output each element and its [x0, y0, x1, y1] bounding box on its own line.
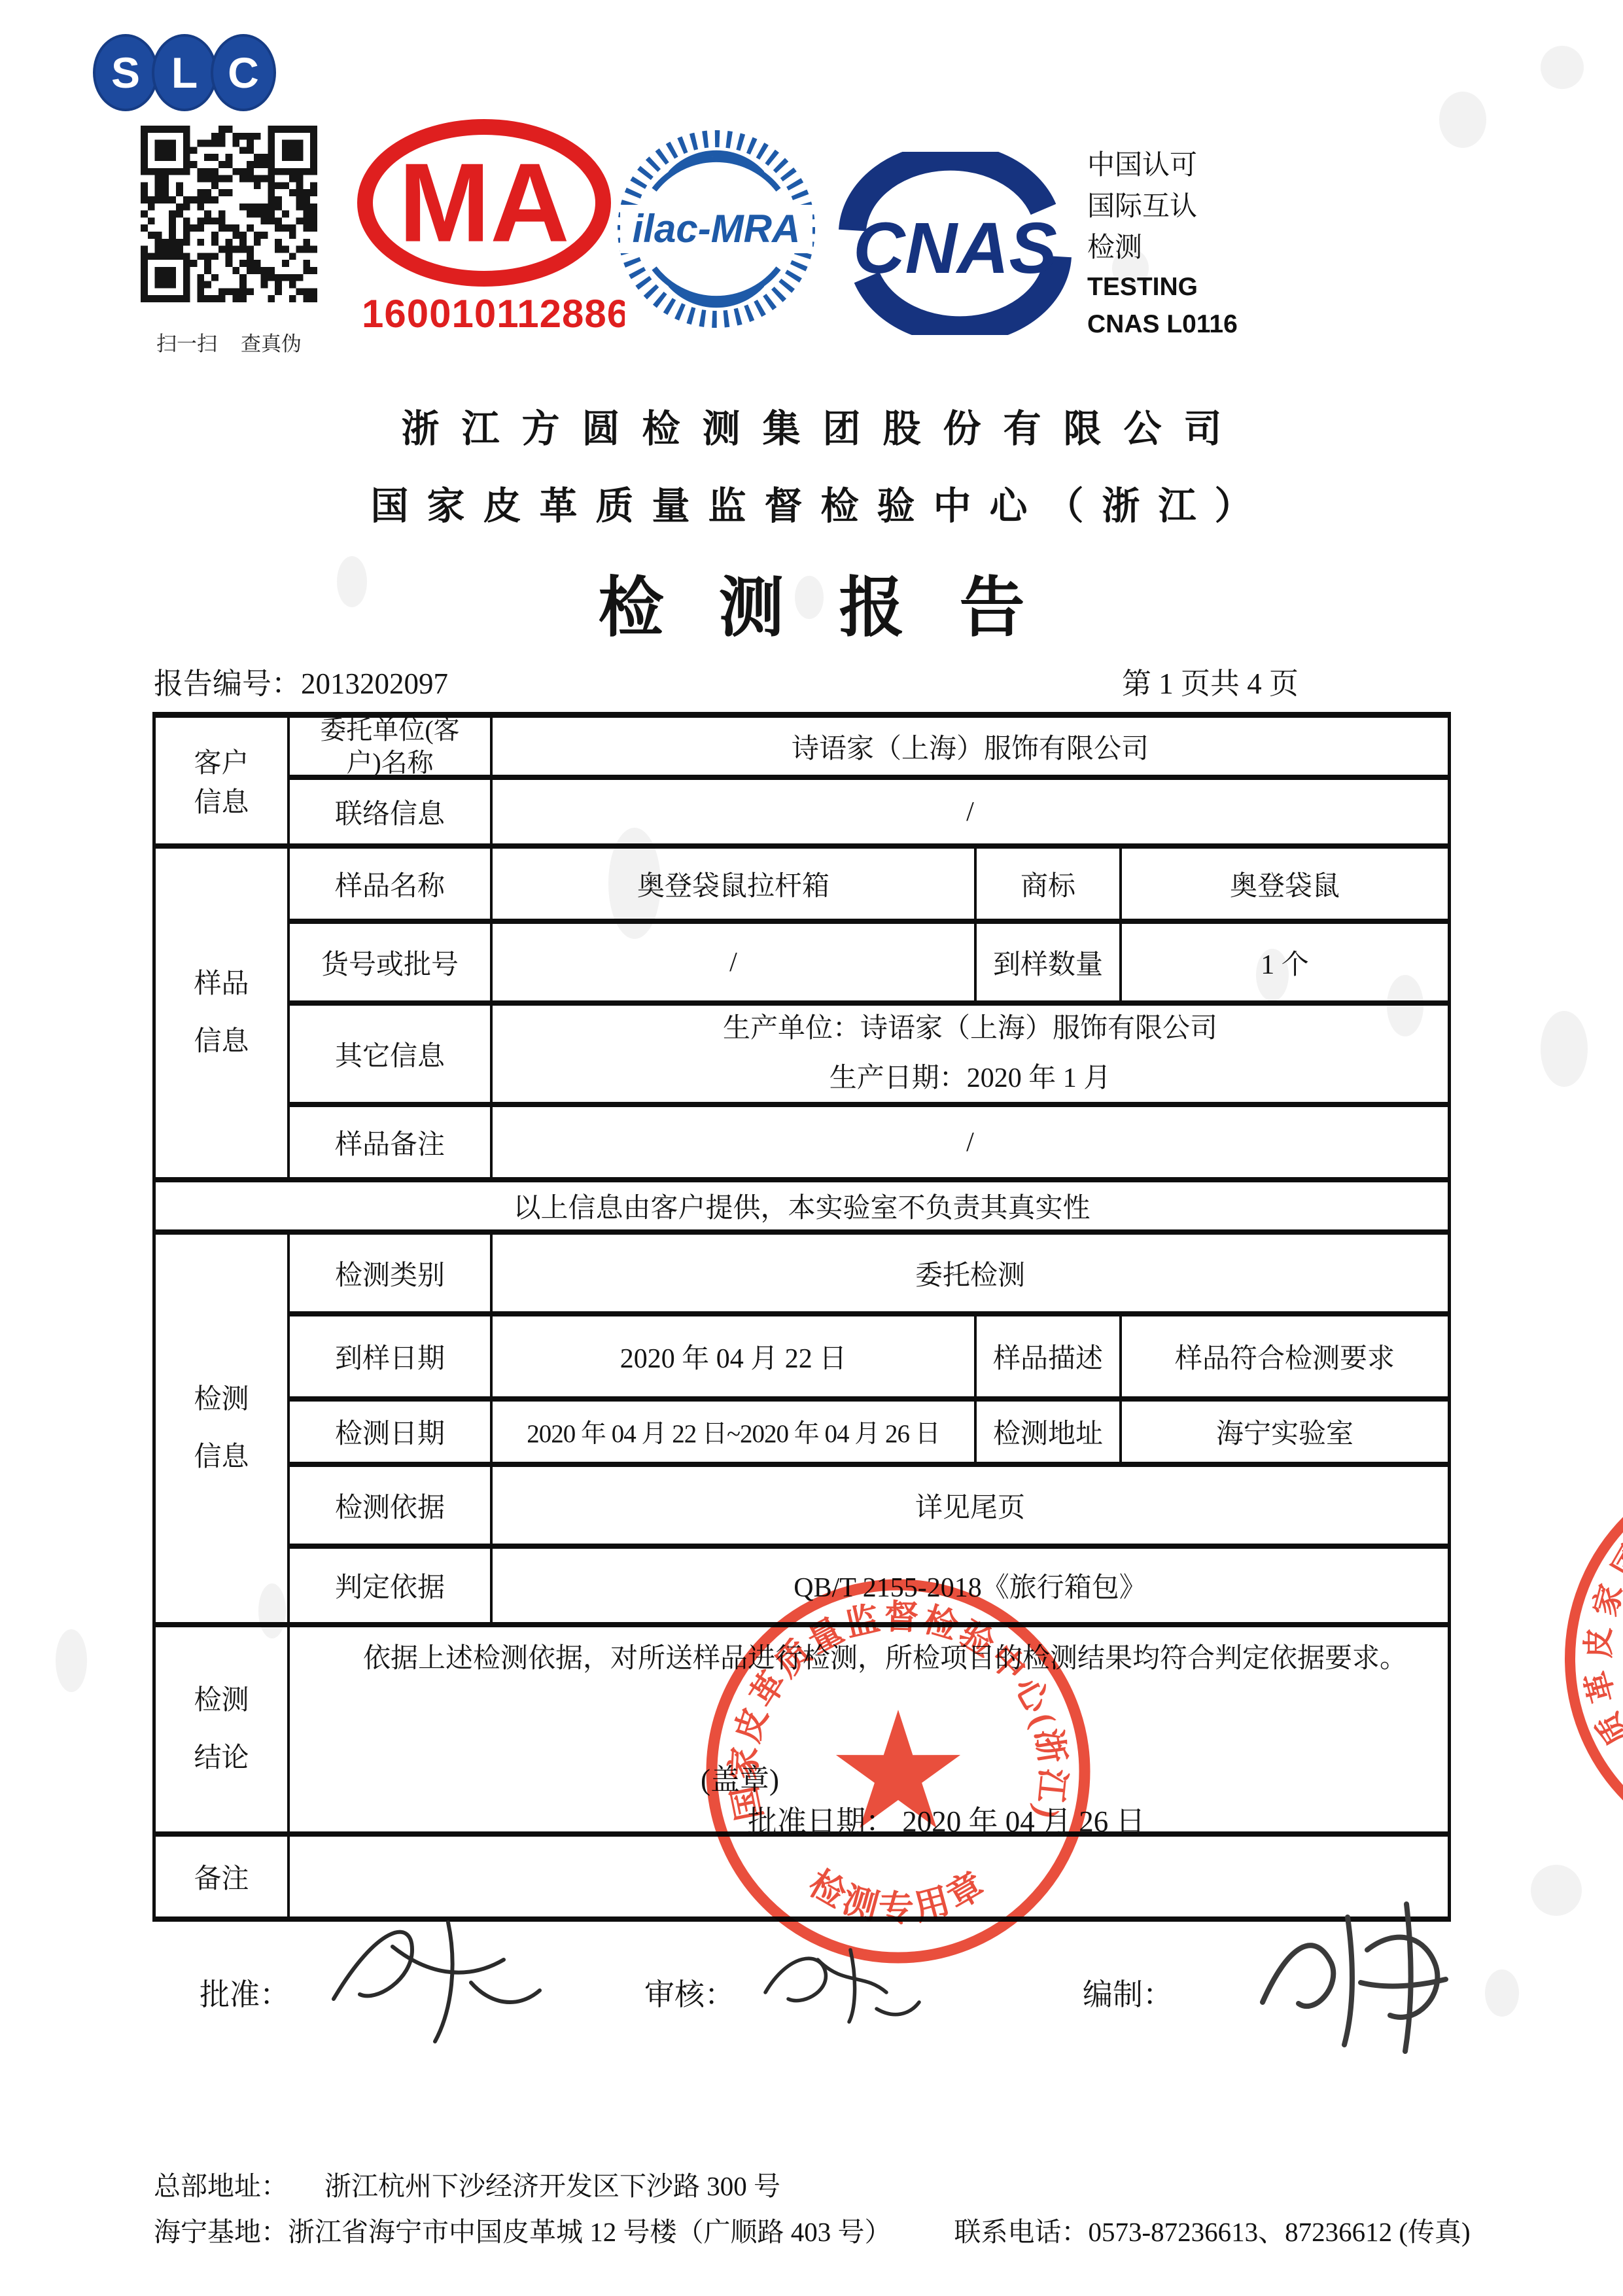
- test-type-value: 委托检测: [493, 1235, 1451, 1316]
- cma-text: MA: [398, 139, 569, 265]
- report-title: 检测报告: [0, 555, 1623, 649]
- cma-mark: MA 160010112886: [350, 118, 625, 347]
- accreditation-line-cnas-no: CNAS L0116: [1087, 306, 1238, 344]
- company-title: 浙江方圆检测集团股份有限公司: [0, 398, 1623, 453]
- scan-artifact: [1541, 46, 1584, 89]
- customer-disclaimer: 以上信息由客户提供，本实验室不负责其真实性: [156, 1182, 1451, 1235]
- contact-value: /: [493, 780, 1451, 849]
- contact-label: 联络信息: [290, 780, 493, 849]
- section-conclusion: 检测 结论: [156, 1627, 290, 1837]
- qr-caption: 扫一扫 查真伪: [128, 327, 330, 357]
- batch-value: /: [493, 924, 977, 1006]
- brand-label: 商标: [977, 849, 1122, 924]
- tel-label: 联系电话：: [954, 2217, 1089, 2247]
- page-indicator: 第 1 页共 4 页: [1122, 660, 1299, 702]
- report-number: 报告编号：2013202097: [154, 660, 448, 702]
- scan-artifact: [1485, 1969, 1519, 2017]
- edge-seal-char: 家: [1588, 1581, 1623, 1620]
- judge-basis-label: 判定依据: [290, 1549, 493, 1627]
- sample-name-label: 样品名称: [290, 849, 493, 924]
- hq-address-label: 总部地址：: [154, 2171, 288, 2201]
- accreditation-line: 检测: [1087, 228, 1238, 269]
- hq-address-line: 总部地址：浙江杭州下沙经济开发区下沙路 300 号: [154, 2164, 780, 2203]
- test-date-label: 检测日期: [290, 1402, 493, 1467]
- quantity-value: 1 个: [1122, 924, 1451, 1006]
- client-name-value: 诗语家（上海）服饰有限公司: [493, 718, 1451, 780]
- scan-artifact: [56, 1629, 87, 1692]
- prepare-label: 编制：: [1083, 1971, 1173, 2014]
- test-date-value: 2020 年 04 月 22 日~2020 年 04 月 26 日: [493, 1402, 977, 1467]
- slc-oval-s: S: [93, 34, 158, 111]
- hq-address-value: 浙江杭州下沙经济开发区下沙路 300 号: [324, 2171, 780, 2201]
- scan-artifact: [1439, 92, 1486, 148]
- test-type-label: 检测类别: [290, 1235, 493, 1316]
- seal-star-icon: [836, 1710, 960, 1828]
- ilac-mra-mark: ilac-MRA: [615, 128, 818, 330]
- other-info-label: 其它信息: [290, 1006, 493, 1107]
- test-address-label: 检测地址: [977, 1402, 1122, 1467]
- client-name-label: 委托单位(客 户)名称: [290, 718, 493, 780]
- base-address-label: 海宁基地：: [154, 2217, 288, 2247]
- approve-label: 批准：: [200, 1971, 290, 2014]
- accreditation-line: 中国认可: [1087, 145, 1238, 186]
- accreditation-block: 中国认可 国际互认 检测 TESTING CNAS L0116: [1087, 145, 1238, 343]
- section-sample-info: 样品 信息: [156, 849, 290, 1182]
- base-address-line: 海宁基地：浙江省海宁市中国皮革城 12 号楼（广顺路 403 号）联系电话：05…: [154, 2210, 1471, 2249]
- test-basis-label: 检测依据: [290, 1467, 493, 1549]
- approver-signature: [314, 1911, 563, 2055]
- center-title: 国家皮革质量监督检验中心（浙江）: [0, 475, 1623, 530]
- cnas-mark: CNAS: [828, 152, 1083, 335]
- base-address-value: 浙江省海宁市中国皮革城 12 号楼（广顺路 403 号）: [288, 2217, 892, 2247]
- tel-value: 0573-87236613、87236612 (传真): [1089, 2217, 1471, 2247]
- other-info-value: 生产单位：诗语家（上海）服饰有限公司 生产日期：2020 年 1 月: [493, 1006, 1451, 1107]
- section-remark: 备注: [156, 1837, 290, 1922]
- qr-caption-verify: 查真伪: [241, 327, 302, 357]
- accreditation-line-testing: TESTING: [1087, 269, 1238, 306]
- quantity-label: 到样数量: [977, 924, 1122, 1006]
- edge-seal-char: 质: [1591, 1706, 1623, 1751]
- brand-value: 奥登袋鼠: [1122, 849, 1451, 924]
- test-basis-value: 详见尾页: [493, 1467, 1451, 1549]
- cma-number: 160010112886: [362, 292, 625, 336]
- scan-artifact: [1541, 1011, 1588, 1087]
- batch-label: 货号或批号: [290, 924, 493, 1006]
- qr-code: [141, 126, 317, 302]
- report-number-value: 2013202097: [301, 667, 448, 700]
- arrival-date-label: 到样日期: [290, 1316, 493, 1402]
- scan-artifact: [1531, 1865, 1582, 1916]
- sample-note-value: /: [493, 1107, 1451, 1182]
- sample-desc-value: 样品符合检测要求: [1122, 1316, 1451, 1402]
- report-number-label: 报告编号：: [154, 667, 301, 700]
- preparer-signature: [1236, 1891, 1459, 2068]
- sample-note-label: 样品备注: [290, 1107, 493, 1182]
- edge-seal-char: 革: [1580, 1667, 1622, 1706]
- test-report-page: S L C 扫一扫 查真伪 MA 160010112886 ilac-MRA C…: [0, 0, 1623, 2296]
- slc-logo: S L C: [93, 34, 270, 111]
- arrival-date-value: 2020 年 04 月 22 日: [493, 1316, 977, 1402]
- accreditation-line: 国际互认: [1087, 186, 1238, 228]
- reviewer-signature: [752, 1930, 935, 2035]
- qr-caption-scan: 扫一扫: [156, 327, 217, 357]
- official-seal: 国家皮革质量监督检验中心(浙江) 检测专用章: [699, 1567, 1099, 1976]
- sample-name-value: 奥登袋鼠拉杆箱: [493, 849, 977, 924]
- test-address-value: 海宁实验室: [1122, 1402, 1451, 1467]
- seal-bottom-text: 检测专用章: [802, 1863, 994, 1928]
- section-customer-info: 客户 信息: [156, 718, 290, 849]
- review-label: 审核：: [644, 1971, 735, 2014]
- section-test-info: 检测 信息: [156, 1235, 290, 1627]
- edge-seal-fragment: 国 家 皮 革 质: [1524, 1469, 1623, 1862]
- sample-desc-label: 样品描述: [977, 1316, 1122, 1402]
- slc-oval-c: C: [211, 34, 276, 111]
- ilac-mra-text: ilac-MRA: [633, 207, 801, 251]
- slc-oval-l: L: [152, 34, 217, 111]
- edge-seal-char: 皮: [1582, 1627, 1616, 1659]
- cnas-text: CNAS: [853, 208, 1057, 289]
- svg-text:检测专用章: 检测专用章: [802, 1863, 994, 1928]
